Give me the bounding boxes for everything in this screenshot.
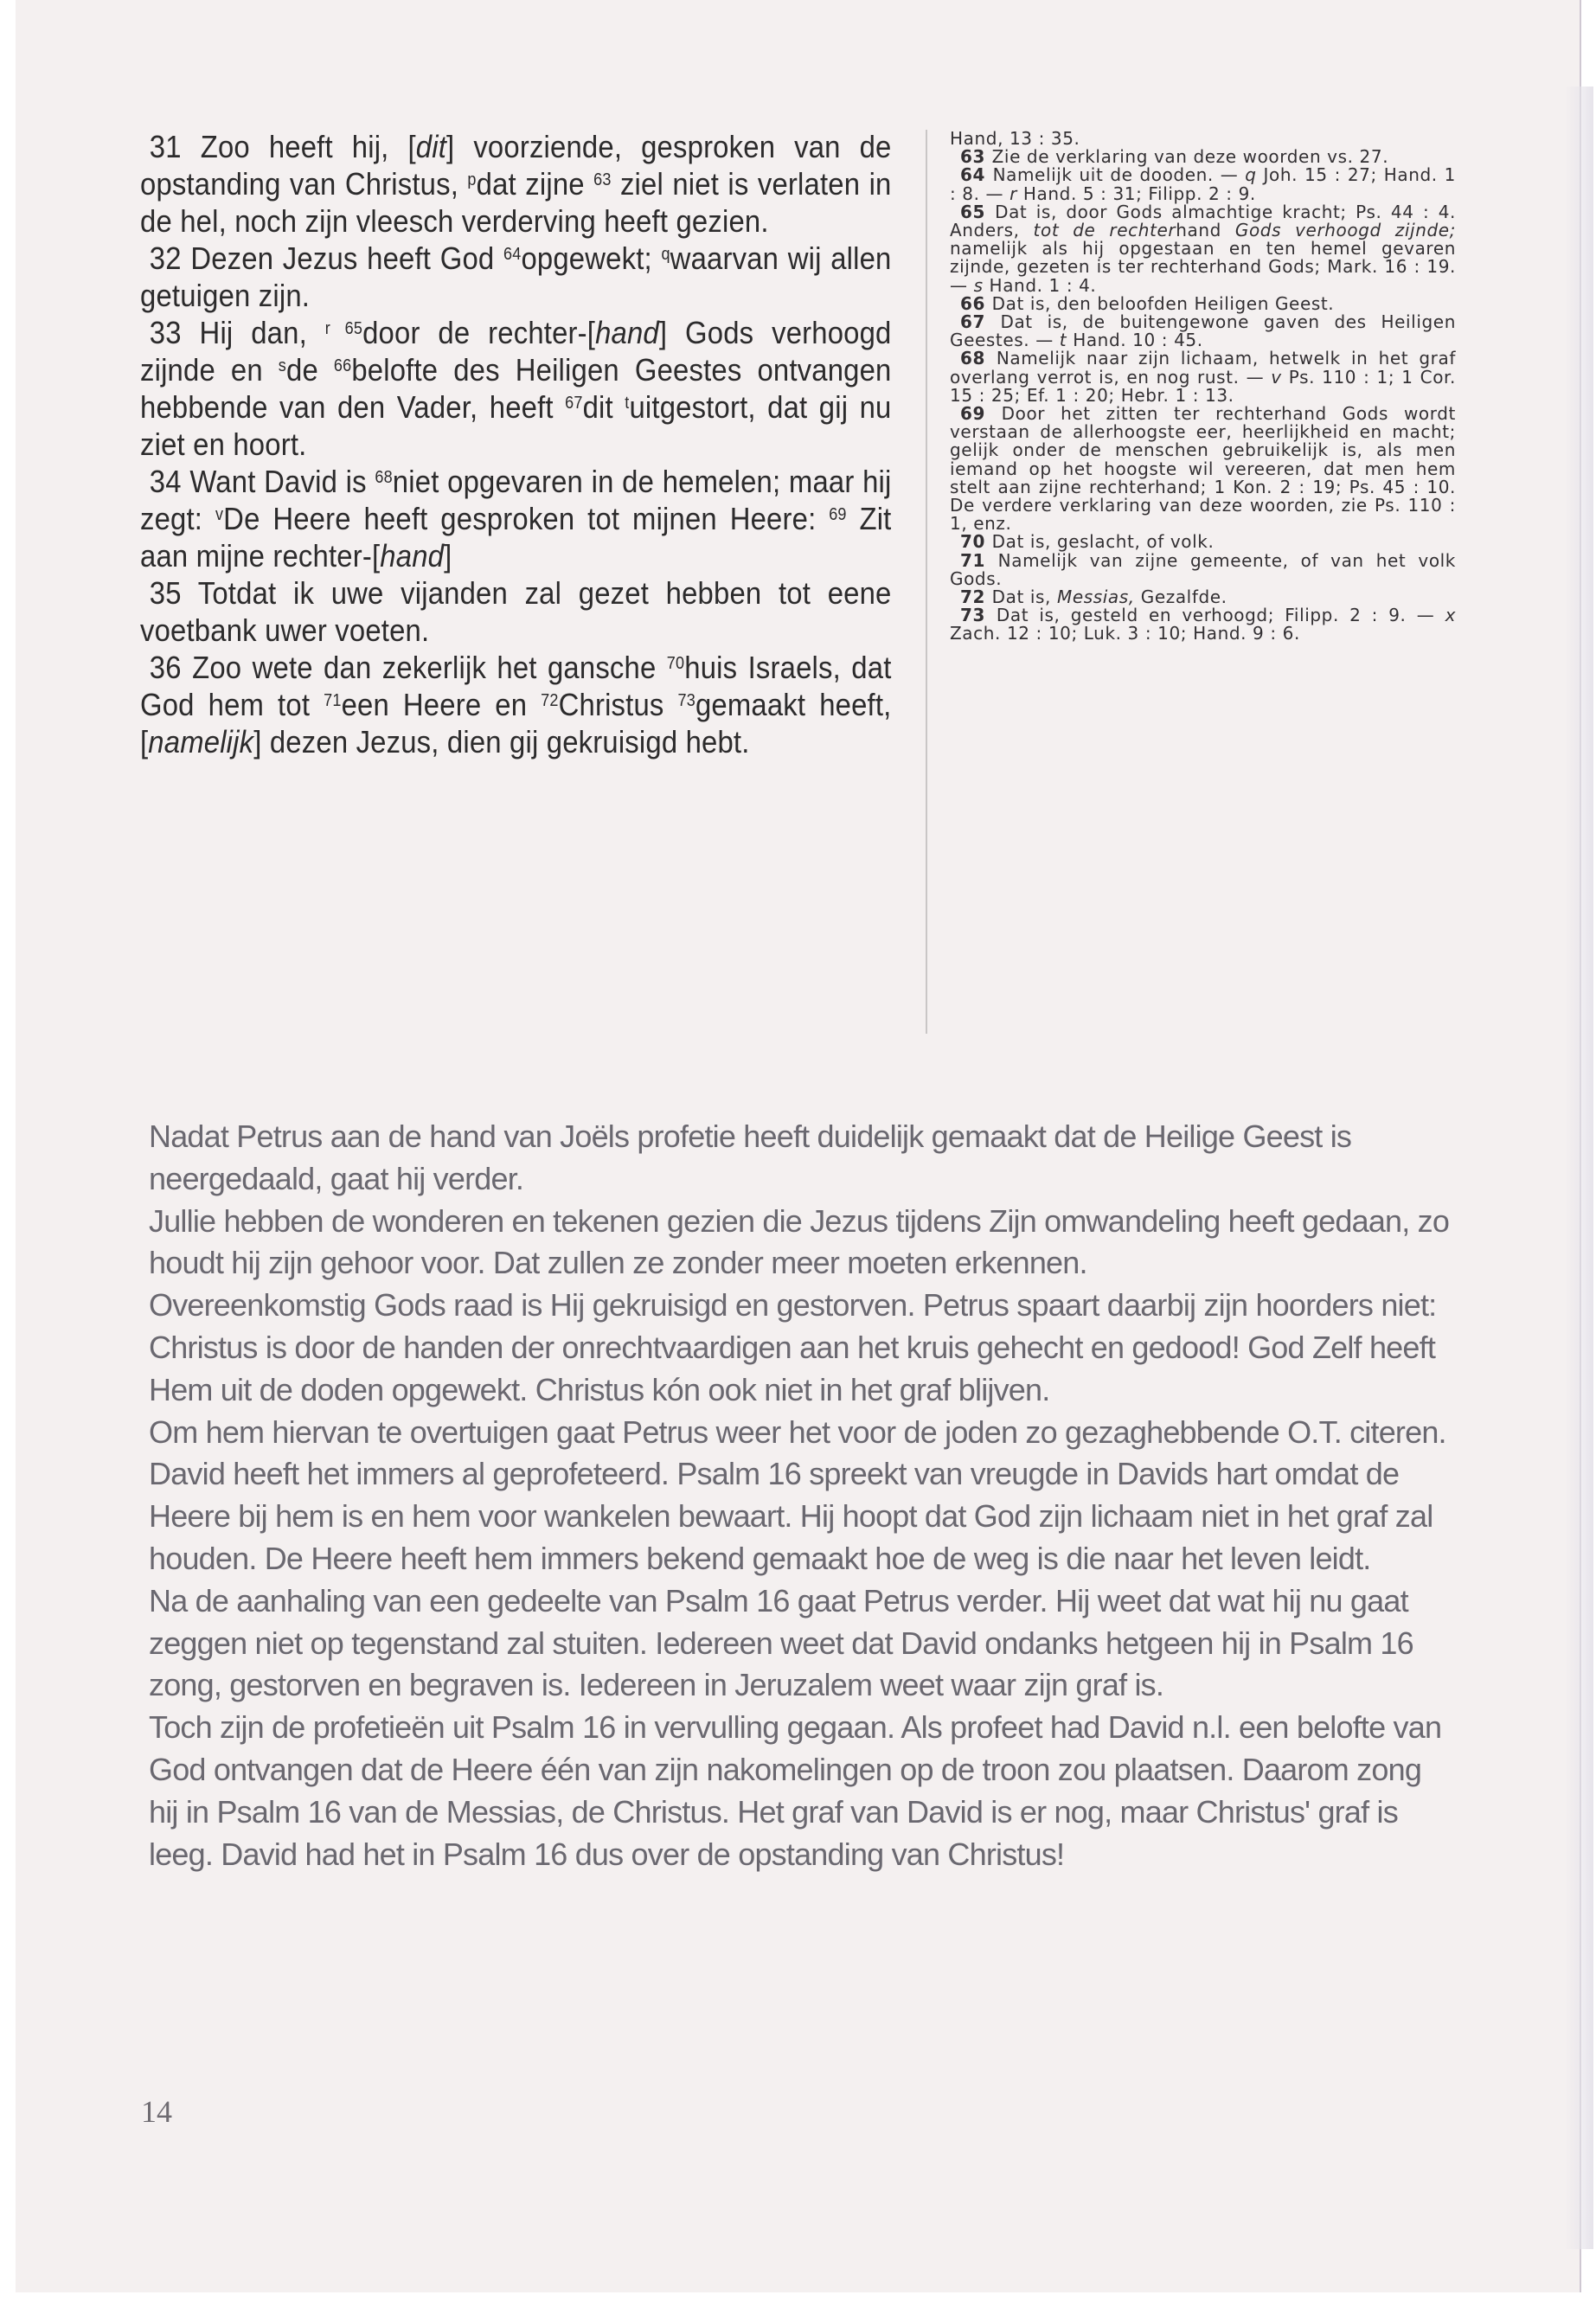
- italic-text: q: [1245, 164, 1256, 185]
- note-73: 73 Dat is, gesteld en verhoogd; Filipp. …: [950, 606, 1456, 643]
- commentary-paragraph: Om hem hiervan te overtuigen gaat Petrus…: [149, 1412, 1455, 1580]
- verse-number: 35: [150, 575, 198, 611]
- footnote-marker: 72: [541, 691, 558, 710]
- footnote-marker: 64: [503, 245, 521, 264]
- note-68: 68 Namelijk naar zijn lichaam, hetwelk i…: [950, 349, 1456, 405]
- verse-number: 34: [150, 464, 190, 499]
- column-divider: [926, 130, 927, 1034]
- verse-31: 31 Zoo heeft hij, [dit] voorziende, gesp…: [140, 128, 892, 240]
- footnote-marker: 68: [375, 468, 392, 487]
- bible-text-column: 31 Zoo heeft hij, [dit] voorziende, gesp…: [140, 128, 892, 760]
- annotation-notes-column: Hand, 13 : 35.63 Zie de verklaring van d…: [950, 130, 1456, 644]
- verse-35: 35 Totdat ik uwe vijanden zal gezet hebb…: [140, 574, 892, 649]
- italic-text: tot de rechter: [1034, 220, 1176, 240]
- footnote-marker: v: [215, 505, 223, 524]
- note-number: 65: [960, 202, 995, 222]
- note-65: 65 Dat is, door Gods almachtige kracht; …: [950, 203, 1456, 295]
- footnote-marker: 63: [593, 170, 611, 189]
- note-70: 70 Dat is, geslacht, of volk.: [950, 533, 1456, 551]
- italic-text: hand: [595, 315, 659, 350]
- verse-34: 34 Want David is 68niet opgevaren in de …: [140, 463, 892, 574]
- verse-number: 33: [150, 315, 200, 350]
- italic-text: r: [1010, 183, 1017, 204]
- italic-text: Gods verhoogd zijnde;: [1235, 220, 1456, 240]
- note-continuation: Hand, 13 : 35.: [950, 130, 1456, 148]
- footnote-marker: 71: [324, 691, 341, 710]
- note-number: 73: [960, 605, 997, 625]
- verse-number: 31: [150, 129, 201, 164]
- footnote-marker: r 65: [325, 319, 362, 338]
- footnote-marker: q: [661, 245, 670, 264]
- note-72: 72 Dat is, Messias, Gezalfde.: [950, 588, 1456, 606]
- note-67: 67 Dat is, de buitengewone gaven des Hei…: [950, 313, 1456, 349]
- note-number: 64: [960, 164, 993, 185]
- note-number: 68: [960, 348, 997, 369]
- page-number: 14: [141, 2093, 172, 2130]
- footnote-marker: p: [467, 170, 476, 189]
- note-number: 71: [960, 550, 998, 571]
- note-63: 63 Zie de verklaring van deze woorden vs…: [950, 148, 1456, 166]
- verse-number: 36: [150, 650, 192, 685]
- note-71: 71 Namelijk van zijne gemeente, of van h…: [950, 552, 1456, 588]
- note-66: 66 Dat is, den beloofden Heiligen Geest.: [950, 295, 1456, 313]
- italic-text: namelijk: [148, 724, 253, 760]
- note-69: 69 Door het zitten ter rechterhand Gods …: [950, 405, 1456, 533]
- commentary-text: Nadat Petrus aan de hand van Joëls profe…: [149, 1116, 1455, 1875]
- verse-33: 33 Hij dan, r 65door de rechter-[hand] G…: [140, 314, 892, 463]
- verse-number: 32: [150, 240, 191, 276]
- italic-text: x: [1445, 605, 1456, 625]
- note-64: 64 Namelijk uit de dooden. — q Joh. 15 :…: [950, 166, 1456, 202]
- commentary-paragraph: Toch zijn de profetieën uit Psalm 16 in …: [149, 1707, 1455, 1875]
- italic-text: dit: [416, 129, 446, 164]
- footnote-marker: 66: [334, 356, 351, 375]
- footnote-marker: 69: [829, 505, 846, 524]
- verse-36: 36 Zoo wete dan zekerlijk het gansche 70…: [140, 649, 892, 760]
- commentary-paragraph: Jullie hebben de wonderen en tekenen gez…: [149, 1201, 1455, 1285]
- footnote-marker: 67: [565, 394, 582, 413]
- footnote-marker: s: [279, 356, 286, 375]
- commentary-paragraph: Overeenkomstig Gods raad is Hij gekruisi…: [149, 1285, 1455, 1411]
- commentary-paragraph: Na de aanhaling van een gedeelte van Psa…: [149, 1580, 1455, 1707]
- page-edge-shadow: [1564, 87, 1593, 2249]
- italic-text: hand: [380, 538, 444, 574]
- italic-text: v: [1271, 367, 1281, 388]
- note-number: 69: [960, 403, 1002, 424]
- verse-32: 32 Dezen Jezus heeft God 64opgewekt; qwa…: [140, 240, 892, 314]
- footnote-marker: t: [625, 394, 629, 413]
- commentary-paragraph: Nadat Petrus aan de hand van Joëls profe…: [149, 1116, 1455, 1201]
- footnote-marker: 73: [678, 691, 695, 710]
- footnote-marker: 70: [667, 654, 684, 673]
- note-number: 67: [960, 311, 1000, 332]
